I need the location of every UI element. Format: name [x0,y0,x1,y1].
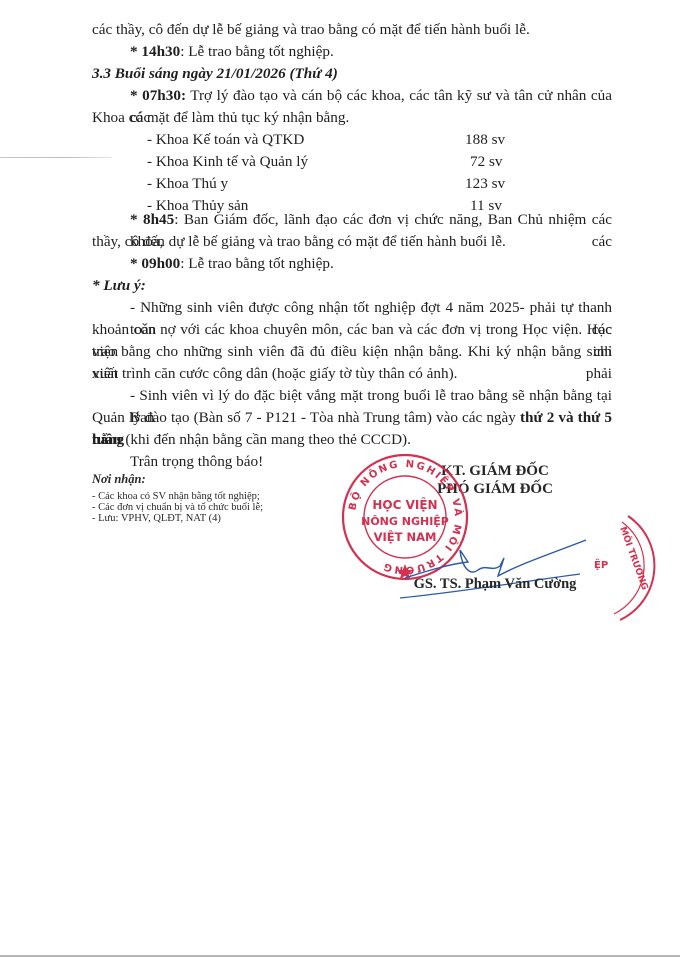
faculty-count: 72 sv [465,151,507,173]
faculty-name: - Khoa Kinh tế và Quản lý [147,151,465,173]
note-paragraph-1-line: khoản còn nợ với các khoa chuyên môn, cá… [92,319,612,341]
document-page: các thầy, cô đến dự lễ bế giảng và trao … [0,0,680,957]
faculty-row: - Khoa Kinh tế và Quản lý72 sv [147,151,507,173]
recipient-item: - Lưu: VPHV, QLĐT, NAT (4) [92,513,263,524]
note-text: Quản lý đào tạo (Bàn số 7 - P121 - Tòa n… [92,409,520,426]
schedule-item-0900: * 09h00: Lễ trao bằng tốt nghiệp. [92,253,612,275]
margin-mark [0,157,112,158]
text-line: các thầy, cô đến dự lễ bế giảng và trao … [92,19,612,41]
faculty-list: - Khoa Kế toán và QTKD188 sv - Khoa Kinh… [147,129,507,217]
note-paragraph-2-line: tuần (khi đến nhận bằng cần mang theo th… [92,429,612,451]
faculty-row: - Khoa Thú y123 sv [147,173,507,195]
schedule-time: * 14h30 [130,43,180,60]
schedule-item-0730: * 07h30: Trợ lý đào tạo và cán bộ các kh… [92,85,612,107]
section-heading: 3.3 Buổi sáng ngày 21/01/2026 (Thứ 4) [92,63,612,85]
note-heading: * Lưu ý: [92,275,612,297]
text-line: Khoa có mặt để làm thủ tục ký nhận bằng. [92,107,612,129]
note-paragraph-1-line: - Những sinh viên được công nhận tốt ngh… [92,297,612,319]
schedule-time: * 09h00 [130,255,180,272]
recipient-item: - Các đơn vị chuẩn bị và tổ chức buổi lễ… [92,502,263,513]
partial-seal-fragment: ỆP [594,558,608,571]
paragraph-text: các thầy, cô đến dự lễ bế giảng và trao … [92,21,530,38]
faculty-name: - Khoa Kế toán và QTKD [147,129,465,151]
document-body-continued: * 8h45: Ban Giám đốc, lãnh đạo các đơn v… [92,209,612,473]
schedule-time: * 07h30: [130,87,186,104]
faculty-name: - Khoa Thú y [147,173,465,195]
document-body: các thầy, cô đến dự lễ bế giảng và trao … [92,19,612,129]
seal-inner-line1: HỌC VIỆN [372,497,437,512]
recipients-block: Nơi nhận: - Các khoa có SV nhận bằng tốt… [92,474,263,524]
recipients-title: Nơi nhận: [92,474,263,485]
note-paragraph-2-line: - Sinh viên vì lý do đặc biệt vắng mặt t… [92,385,612,407]
note-emphasis: tuần [92,431,122,448]
schedule-item-1430: * 14h30: Lễ trao bằng tốt nghiệp. [92,41,612,63]
faculty-count: 123 sv [465,173,507,195]
schedule-text: : Lễ trao bằng tốt nghiệp. [180,255,334,272]
recipient-item: - Các khoa có SV nhận bằng tốt nghiệp; [92,491,263,502]
partial-seal-icon: ỆP MÔI TRƯỜNG [570,508,680,628]
schedule-time: * 8h45 [130,211,174,228]
schedule-text: : Lễ trao bằng tốt nghiệp. [180,43,334,60]
note-text: (khi đến nhận bằng cần mang theo thẻ CCC… [122,431,411,448]
note-paragraph-2-line: Quản lý đào tạo (Bàn số 7 - P121 - Tòa n… [92,407,612,429]
note-paragraph-1-line: trao bằng cho những sinh viên đã đủ điều… [92,341,612,363]
schedule-item-0845: * 8h45: Ban Giám đốc, lãnh đạo các đơn v… [92,209,612,231]
faculty-count: 188 sv [465,129,507,151]
faculty-row: - Khoa Kế toán và QTKD188 sv [147,129,507,151]
